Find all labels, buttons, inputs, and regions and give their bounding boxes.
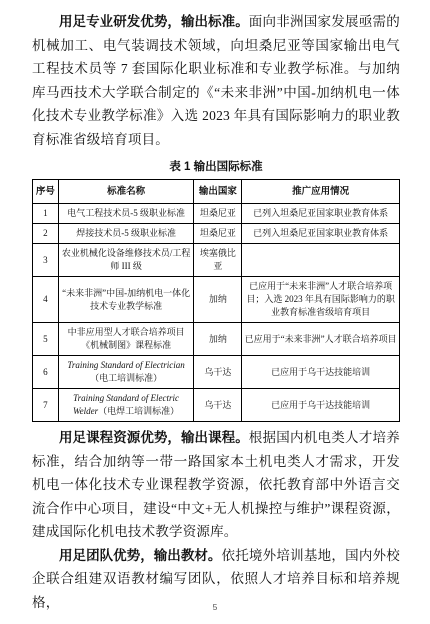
cell-export-country: 坦桑尼亚 bbox=[194, 224, 242, 244]
table-row: 6 Training Standard of Electrician（电工培训标… bbox=[33, 356, 400, 389]
cell-export-country: 加纳 bbox=[194, 323, 242, 356]
cell-serial-number: 7 bbox=[33, 389, 59, 422]
header-export-country: 输出国家 bbox=[194, 180, 242, 204]
table-row: 2 焊接技术员-5 级职业标准 坦桑尼亚 已列入坦桑尼亚国家职业教育体系 bbox=[33, 224, 400, 244]
standard-name-chinese: （电焊工培训标准） bbox=[98, 406, 179, 416]
cell-serial-number: 4 bbox=[33, 277, 59, 323]
table-caption: 表 1 输出国际标准 bbox=[32, 158, 400, 174]
cell-application-status: 已应用于“未来非洲”人才联合培养项目 bbox=[242, 323, 400, 356]
document-page: 用足专业研发优势，输出标准。面向非洲国家发展亟需的机械加工、电气装调技术领域，向… bbox=[0, 0, 430, 624]
cell-application-status: 已列入坦桑尼亚国家职业教育体系 bbox=[242, 204, 400, 224]
cell-application-status: 已应用于乌干达技能培训 bbox=[242, 389, 400, 422]
cell-standard-name: “未来非洲”中国-加纳机电一体化技术专业教学标准 bbox=[58, 277, 194, 323]
page-number: 5 bbox=[0, 602, 430, 612]
cell-standard-name: 中非应用型人才联合培养项目《机械制图》课程标准 bbox=[58, 323, 194, 356]
cell-standard-name: 电气工程技术员-5 级职业标准 bbox=[58, 204, 194, 224]
cell-export-country: 加纳 bbox=[194, 277, 242, 323]
paragraph-standards: 用足专业研发优势，输出标准。面向非洲国家发展亟需的机械加工、电气装调技术领域，向… bbox=[32, 10, 400, 151]
paragraph-courses: 用足课程资源优势，输出课程。根据国内机电类人才培养标准，结合加纳等一带一路国家本… bbox=[32, 426, 400, 544]
table-row: 5 中非应用型人才联合培养项目《机械制图》课程标准 加纳 已应用于“未来非洲”人… bbox=[33, 323, 400, 356]
header-application-status: 推广应用情况 bbox=[242, 180, 400, 204]
cell-standard-name: 焊接技术员-5 级职业标准 bbox=[58, 224, 194, 244]
cell-application-status bbox=[242, 244, 400, 277]
cell-application-status: 已应用于“未来非洲”人才联合培养项目；入选 2023 年具有国际影响力的职业教育… bbox=[242, 277, 400, 323]
cell-application-status: 已应用于乌干达技能培训 bbox=[242, 356, 400, 389]
table-row: 3 农业机械化设备维修技术员/工程师 III 级 埃塞俄比亚 bbox=[33, 244, 400, 277]
cell-serial-number: 2 bbox=[33, 224, 59, 244]
paragraph-textbooks-lead: 用足团队优势，输出教材。 bbox=[59, 548, 221, 563]
table-header-row: 序号 标准名称 输出国家 推广应用情况 bbox=[33, 180, 400, 204]
header-serial-number: 序号 bbox=[33, 180, 59, 204]
cell-export-country: 乌干达 bbox=[194, 356, 242, 389]
cell-serial-number: 3 bbox=[33, 244, 59, 277]
table-row: 4 “未来非洲”中国-加纳机电一体化技术专业教学标准 加纳 已应用于“未来非洲”… bbox=[33, 277, 400, 323]
cell-serial-number: 5 bbox=[33, 323, 59, 356]
paragraph-courses-lead: 用足课程资源优势，输出课程。 bbox=[59, 430, 249, 445]
cell-export-country: 乌干达 bbox=[194, 389, 242, 422]
paragraph-courses-body: 根据国内机电类人才培养标准，结合加纳等一带一路国家本土机电类人才需求，开发机电一… bbox=[32, 430, 400, 539]
cell-standard-name: 农业机械化设备维修技术员/工程师 III 级 bbox=[58, 244, 194, 277]
standard-name-chinese: （电工培训标准） bbox=[90, 373, 162, 383]
header-standard-name: 标准名称 bbox=[58, 180, 194, 204]
cell-application-status: 已列入坦桑尼亚国家职业教育体系 bbox=[242, 224, 400, 244]
paragraph-standards-body: 面向非洲国家发展亟需的机械加工、电气装调技术领域，向坦桑尼亚等国家输出电气工程技… bbox=[32, 14, 400, 147]
cell-export-country: 埃塞俄比亚 bbox=[194, 244, 242, 277]
cell-standard-name: Training Standard of Electrician（电工培训标准） bbox=[58, 356, 194, 389]
standard-name-english: Training Standard of Electrician bbox=[67, 360, 184, 370]
table-row: 1 电气工程技术员-5 级职业标准 坦桑尼亚 已列入坦桑尼亚国家职业教育体系 bbox=[33, 204, 400, 224]
cell-serial-number: 1 bbox=[33, 204, 59, 224]
cell-export-country: 坦桑尼亚 bbox=[194, 204, 242, 224]
table-row: 7 Training Standard of Electric Welder（电… bbox=[33, 389, 400, 422]
international-standards-table: 序号 标准名称 输出国家 推广应用情况 1 电气工程技术员-5 级职业标准 坦桑… bbox=[32, 179, 400, 422]
cell-standard-name: Training Standard of Electric Welder（电焊工… bbox=[58, 389, 194, 422]
paragraph-standards-lead: 用足专业研发优势，输出标准。 bbox=[59, 14, 249, 29]
cell-serial-number: 6 bbox=[33, 356, 59, 389]
